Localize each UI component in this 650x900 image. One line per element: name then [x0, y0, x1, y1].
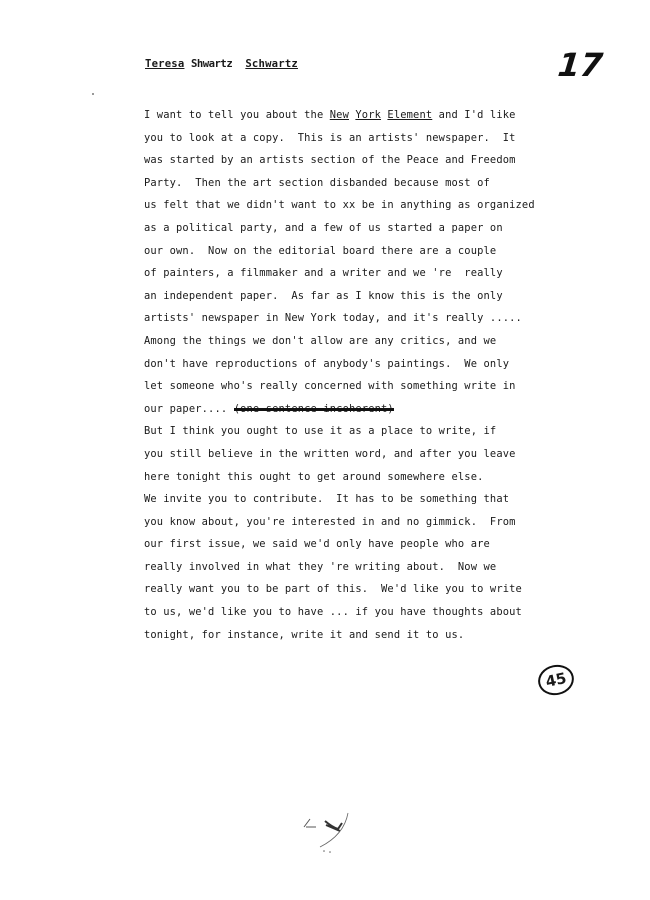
transcript-line: of painters, a filmmaker and a writer an…: [144, 262, 584, 285]
transcript-line: as a political party, and a few of us st…: [144, 217, 584, 240]
circled-handwritten-number: 45: [535, 662, 576, 699]
transcript-line: let someone who's really concerned with …: [144, 375, 584, 398]
transcript-body: I want to tell you about the New York El…: [144, 104, 584, 646]
transcript-line: really involved in what they 're writing…: [144, 556, 584, 579]
crossed-out-name: Shwartz: [191, 58, 232, 70]
transcript-line: our first issue, we said we'd only have …: [144, 533, 584, 556]
speaker-last-name: Schwartz: [245, 58, 298, 70]
transcript-line: our own. Now on the editorial board ther…: [144, 240, 584, 263]
transcript-line: was started by an artists section of the…: [144, 149, 584, 172]
transcript-line: artists' newspaper in New York today, an…: [144, 307, 584, 330]
transcript-line: really want you to be part of this. We'd…: [144, 578, 584, 601]
line-text: our paper....: [144, 403, 234, 415]
transcript-line: We invite you to contribute. It has to b…: [144, 488, 584, 511]
speaker-first-name: Teresa: [145, 58, 184, 70]
transcript-line: don't have reproductions of anybody's pa…: [144, 353, 584, 376]
transcript-line: an independent paper. As far as I know t…: [144, 285, 584, 308]
handwritten-page-number: 17: [556, 46, 605, 84]
transcript-line: tonight, for instance, write it and send…: [144, 624, 584, 647]
transcript-line: I want to tell you about the New York El…: [144, 104, 584, 127]
scan-speck: [92, 93, 94, 95]
transcript-line: to us, we'd like you to have ... if you …: [144, 601, 584, 624]
publication-title-word: York: [355, 109, 381, 121]
document-page: Teresa Shwartz Schwartz 17 I want to tel…: [0, 0, 650, 900]
transcript-line: you still believe in the written word, a…: [144, 443, 584, 466]
transcript-line: you to look at a copy. This is an artist…: [144, 127, 584, 150]
struck-through-note: (one sentence incoherent): [234, 398, 394, 421]
publication-title-word: Element: [387, 109, 432, 121]
publication-title-word: New: [330, 109, 349, 121]
transcript-line: But I think you ought to use it as a pla…: [144, 420, 584, 443]
speaker-header: Teresa Shwartz Schwartz: [145, 58, 298, 70]
line-text: and I'd like: [432, 109, 515, 121]
transcript-line: you know about, you're interested in and…: [144, 511, 584, 534]
transcript-line: here tonight this ought to get around so…: [144, 466, 584, 489]
line-text: I want to tell you about the: [144, 109, 330, 121]
transcript-line: us felt that we didn't want to xx be in …: [144, 194, 584, 217]
handwritten-mark-icon: [300, 805, 360, 855]
transcript-line: our paper.... (one sentence incoherent): [144, 398, 584, 421]
transcript-line: Party. Then the art section disbanded be…: [144, 172, 584, 195]
transcript-line: Among the things we don't allow are any …: [144, 330, 584, 353]
